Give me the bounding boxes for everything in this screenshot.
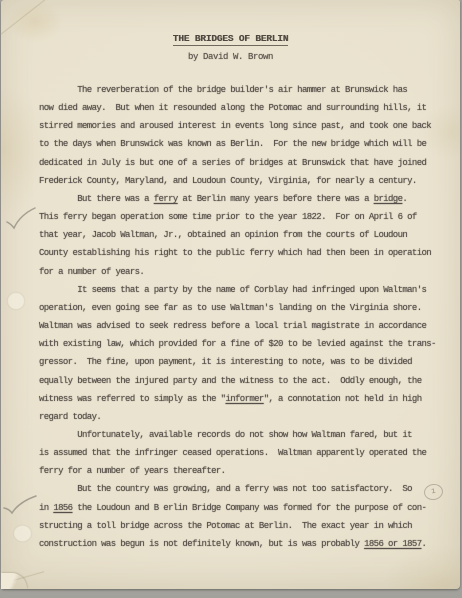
- typed-line: now died away. But when it resounded alo…: [39, 99, 452, 117]
- typed-body: The reverberation of the bridge builder'…: [39, 81, 452, 553]
- typed-line: stirred memories and aroused interest in…: [39, 117, 452, 135]
- typed-line: with existing law, which provided for a …: [39, 335, 452, 353]
- typed-line: regard today.: [39, 408, 452, 426]
- typed-line: Waltman was advised to seek redress befo…: [39, 317, 452, 335]
- pencil-checkmark-icon: [5, 206, 37, 232]
- page-title: THE BRIDGES OF BERLIN: [1, 33, 460, 44]
- typed-line: Unfortunately, available records do not …: [39, 426, 452, 444]
- typed-line: that year, Jacob Waltman, Jr., obtained …: [39, 226, 452, 244]
- typed-line: County establishing his right to the pub…: [39, 244, 452, 262]
- typed-line: to the days when Brunswick was known as …: [39, 135, 452, 153]
- typed-line: ferry for a number of years thereafter.: [39, 462, 452, 480]
- typed-line: for a number of years.: [39, 263, 452, 281]
- page-title-text: THE BRIDGES OF BERLIN: [173, 33, 289, 46]
- typed-line: structing a toll bridge across the Potom…: [39, 517, 452, 535]
- paper-smudge: [3, 288, 29, 314]
- typed-line: This ferry began operation some time pri…: [39, 208, 452, 226]
- paper-crease: [0, 0, 45, 35]
- typed-line: witness was referred to simply as the "i…: [39, 390, 452, 408]
- byline: by David W. Brown: [1, 52, 460, 62]
- typed-line: in 1856 the Loudoun and B erlin Bridge C…: [39, 499, 452, 517]
- typed-line: The reverberation of the bridge builder'…: [39, 81, 452, 99]
- document-page: THE BRIDGES OF BERLIN by David W. Brown …: [1, 0, 460, 589]
- typed-line: But there was a ferry at Berlin many yea…: [39, 190, 452, 208]
- typed-line: But the country was growing, and a ferry…: [39, 480, 452, 498]
- typed-line: dedicated in July is but one of a series…: [39, 154, 452, 172]
- typed-line: gressor. The fine, upon payment, it is i…: [39, 353, 452, 371]
- typed-line: is assumed that the infringer ceased ope…: [39, 444, 452, 462]
- paper-smudge: [9, 521, 36, 546]
- typed-line: equally between the injured party and th…: [39, 372, 452, 390]
- typed-line: construction was begun is not definitely…: [39, 535, 452, 553]
- typed-line: operation, even going see far as to use …: [39, 299, 452, 317]
- typed-line: It seems that a party by the name of Cor…: [39, 281, 452, 299]
- typed-line: Frederick County, Maryland, and Loudoun …: [39, 172, 452, 190]
- pencil-checkmark-icon: [2, 494, 38, 516]
